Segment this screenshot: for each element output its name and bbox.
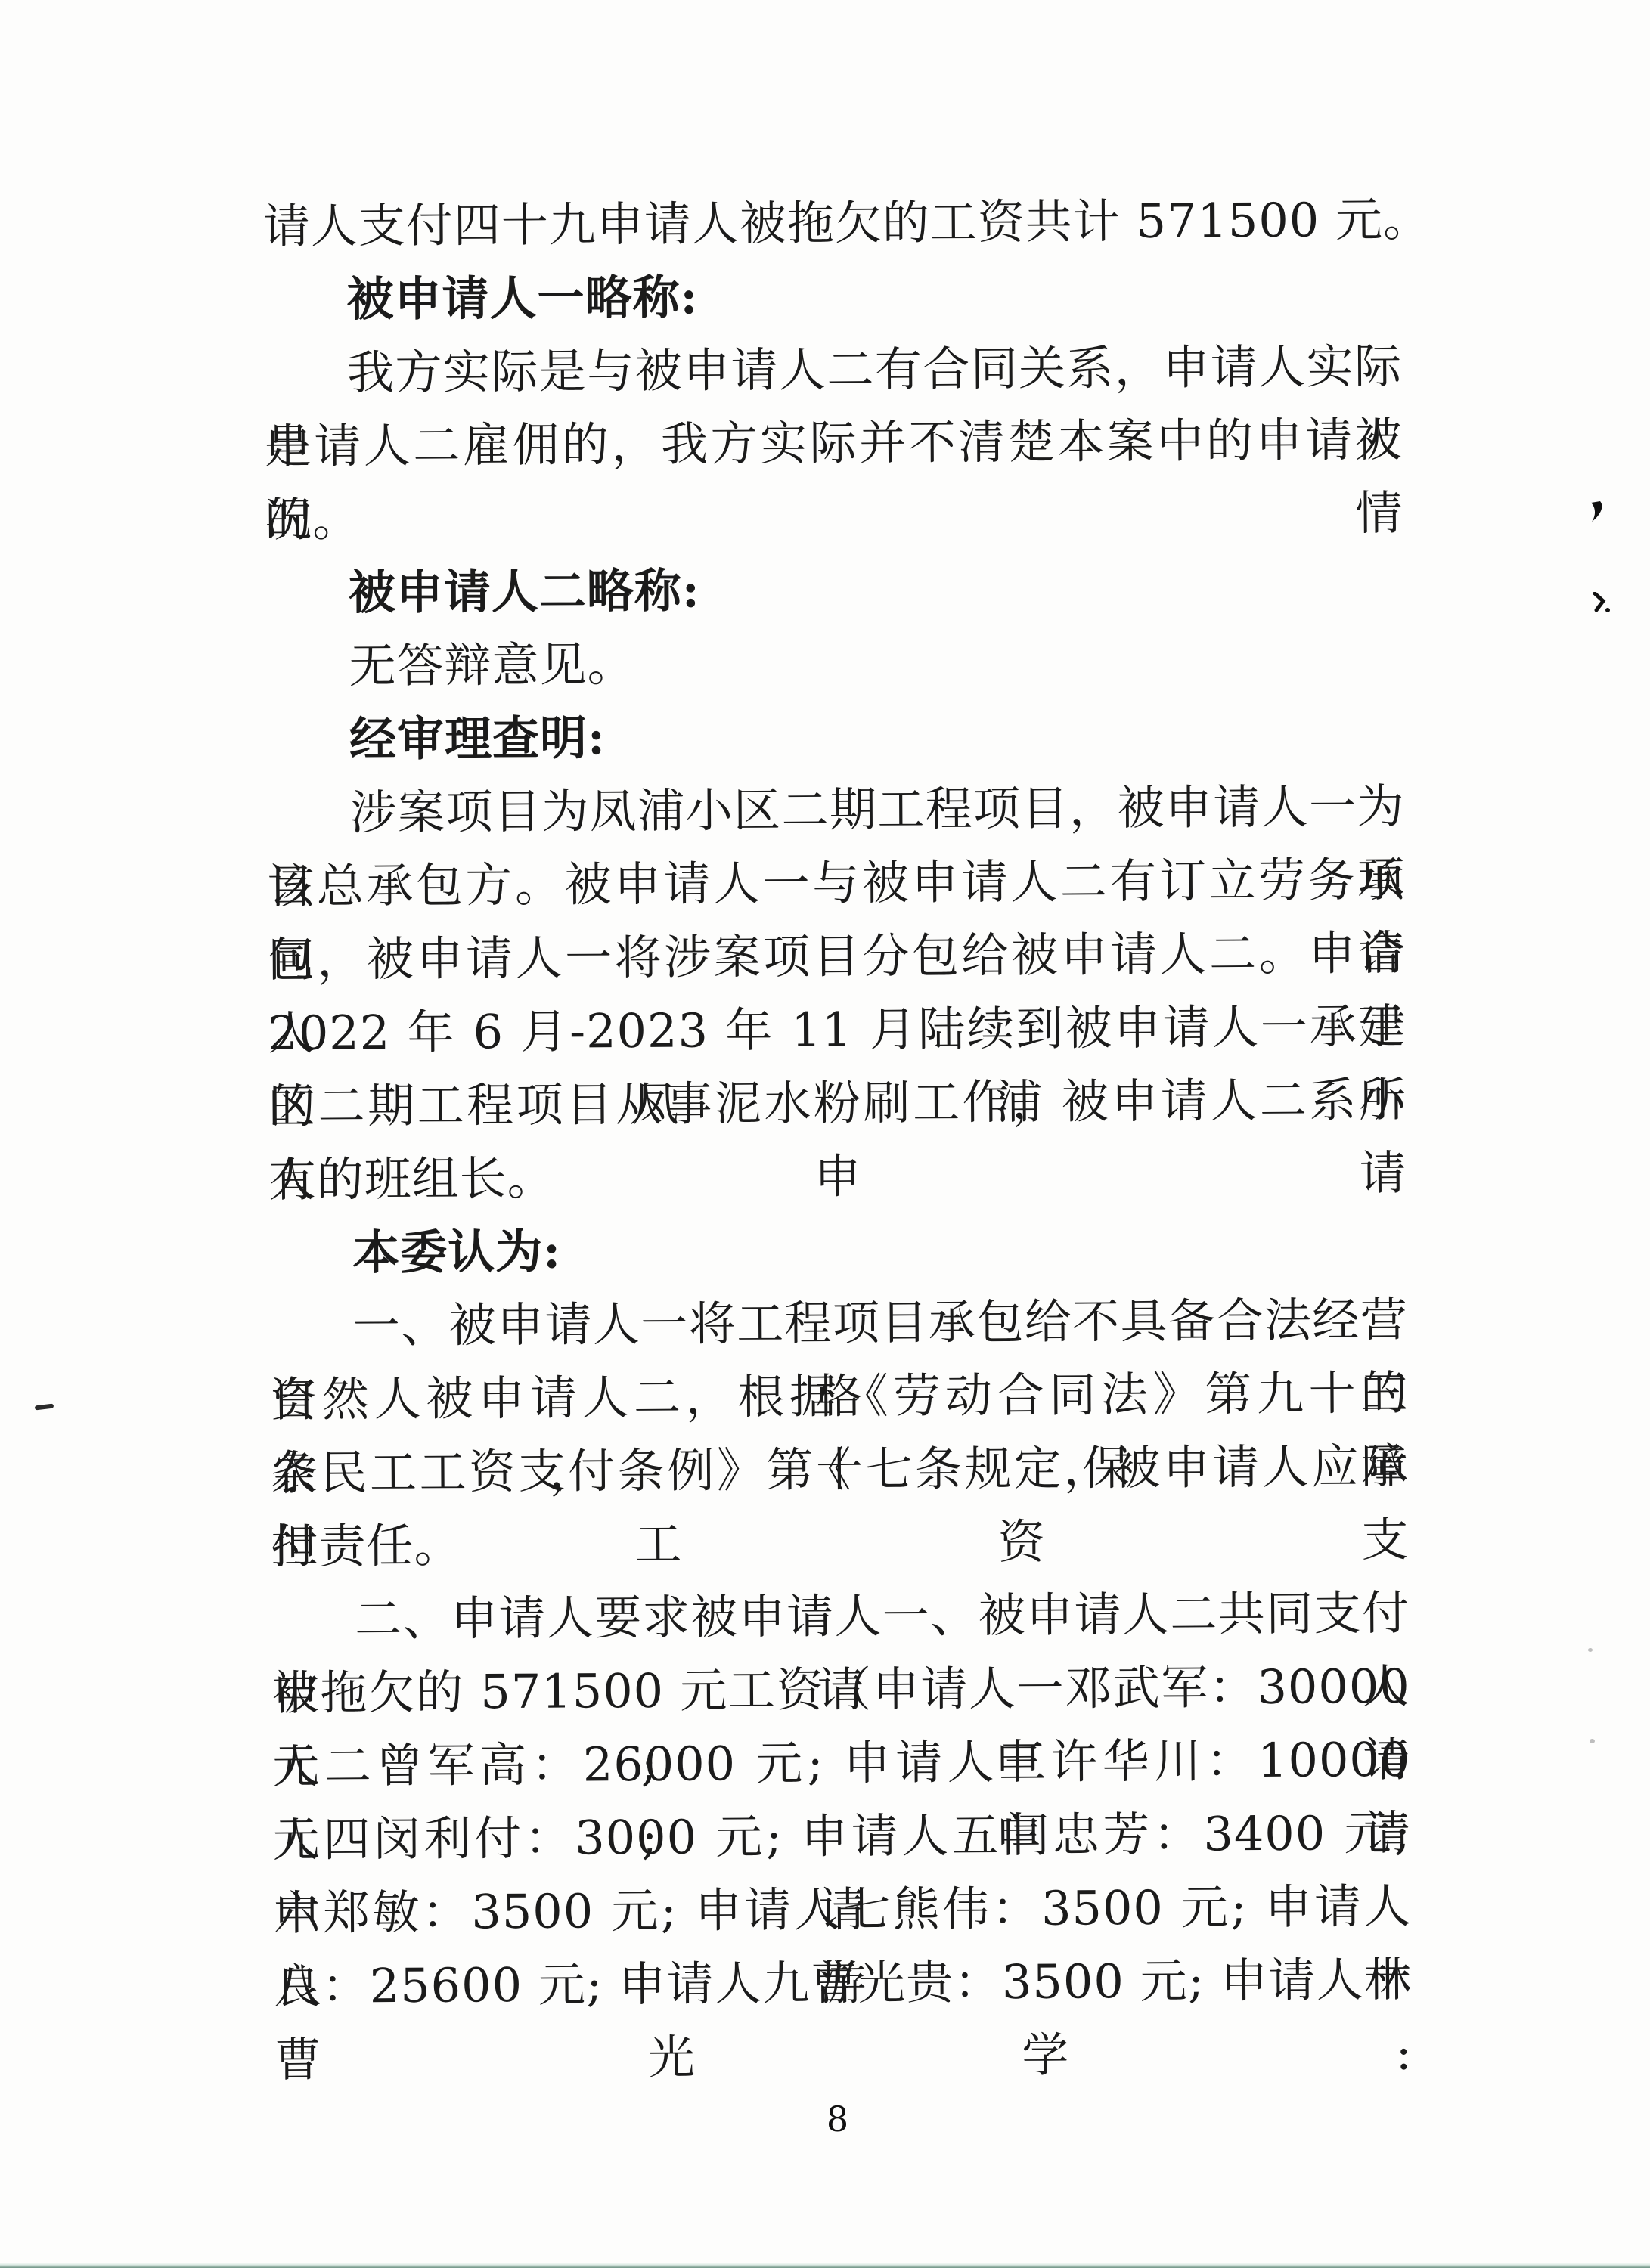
heading-line: 经审理查明: xyxy=(266,696,1405,776)
text-line: 二、申请人要求被申请人一、被申请人二共同支付申请人 xyxy=(271,1576,1410,1656)
scanned-page: 请人支付四十九申请人被拖欠的工资共计 571500 元。被申请人一略称:我方实际… xyxy=(0,0,1650,2268)
text-line: 区二期工程项目从事泥水粉刷工作，被申请人二系所有申请 xyxy=(268,1063,1407,1143)
text-line: 六郑敏：3500 元; 申请人七熊伟：3500 元; 申请人八游林 xyxy=(273,1870,1412,1950)
text-line: 被拖欠的 571500 元工资（申请人一邓武军：30000 元; 申请 xyxy=(271,1650,1410,1730)
text-line: 良：25600 元; 申请人九曹光贵：3500 元; 申请人十曹光学: xyxy=(274,1943,1413,2023)
text-line: 2022 年 6 月-2023 年 11 月陆续到被申请人一承建的凤浦小 xyxy=(268,990,1407,1070)
text-line: 目总承包方。被申请人一与被申请人二有订立劳务承包合 xyxy=(267,843,1406,923)
ink-smudge-icon xyxy=(1590,500,1604,525)
page-bottom-edge xyxy=(0,2263,1650,2268)
page-number: 8 xyxy=(268,2099,1407,2139)
text-line: 我方实际是与被申请人二有合同关系，申请人实际是被 xyxy=(264,330,1403,410)
text-line: 涉案项目为凤浦小区二期工程项目，被申请人一为该项 xyxy=(266,770,1405,850)
text-line: 无答辩意见。 xyxy=(265,623,1404,703)
text-line: 人四闵利付：3000 元; 申请人五闫忠芳：3400 元; 申请人 xyxy=(273,1796,1412,1876)
ink-tick-icon xyxy=(1591,592,1611,616)
heading-line: 被申请人二略称: xyxy=(265,550,1404,630)
text-line: 请人支付四十九申请人被拖欠的工资共计 571500 元。 xyxy=(263,183,1402,263)
scan-speck xyxy=(1590,1739,1595,1743)
text-line: 申请人二雇佣的，我方实际并不清楚本案中的申请人的情 xyxy=(264,403,1403,483)
text-line: 自然人被申请人二，根据《劳动合同法》第九十三条，《保障 xyxy=(270,1356,1409,1436)
text-block: 请人支付四十九申请人被拖欠的工资共计 571500 元。被申请人一略称:我方实际… xyxy=(263,183,1413,2023)
text-line: 人二曾军高：26000 元; 申请人三许华川：10000 元; 申请 xyxy=(272,1723,1411,1803)
ink-dash-icon xyxy=(35,1403,54,1410)
heading-line: 被申请人一略称: xyxy=(263,256,1402,336)
scan-speck xyxy=(1588,1648,1593,1652)
text-line: 同，被申请人一将涉案项目分包给被申请人二。申请人于 xyxy=(268,916,1407,996)
text-line: 一、被申请人一将工程项目承包给不具备合法经营资格的 xyxy=(269,1283,1408,1363)
heading-line: 本委认为: xyxy=(269,1210,1408,1290)
text-line: 农民工工资支付条例》第十七条规定，被申请人应承担工资支 xyxy=(271,1430,1410,1510)
